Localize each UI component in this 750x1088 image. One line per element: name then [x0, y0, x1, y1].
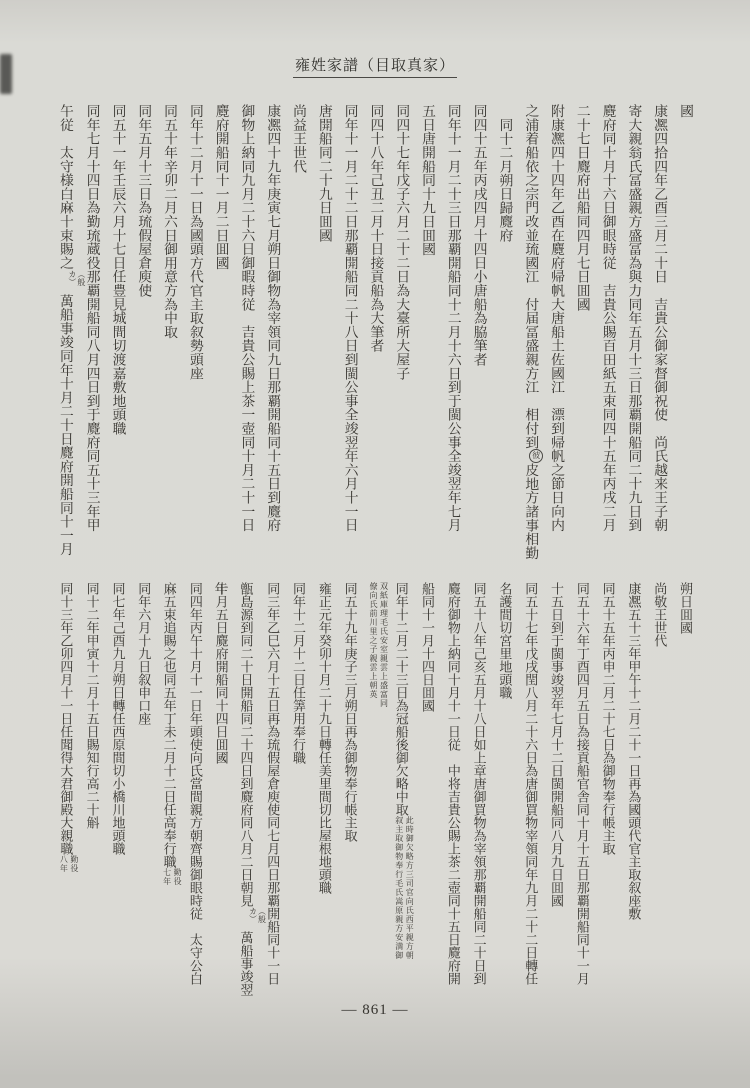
text-column: 同四年丙午十月十一日年頭使向氏當間親方朝齊賜御眼時従 太守公白 — [182, 582, 208, 996]
text-column: 附康凞四十四年乙酉在麑府帰帆大唐船土佐國江 漂到帰帆之節日向内 — [543, 104, 569, 568]
text-column: 同十三年乙卯四月十一日任聞得大君御殿大親職勤役八年 — [53, 582, 79, 996]
circled-correction: 彼 — [529, 449, 543, 463]
page-number: — 861 — — [0, 1002, 750, 1019]
inline-note: 此時御欠略方三司官向氏西平親方朝叙主取御物奉行毛氏嵩原親方安満御 — [393, 816, 414, 963]
text-column: 寄大親翁氏冨盛親方盛冨為與力同年五月十三日那覇開船同二十九日到 — [621, 104, 647, 568]
text-column: 双紙庫理毛氏安室親雲上盛富同僚向氏前川里之子親雲上朝英 — [363, 582, 389, 996]
text-column: 朔日囬國 — [672, 582, 698, 996]
text-column: 同五十九年庚子三月朔日再為御物奉行帳主取 — [337, 582, 363, 996]
text-column: 同四十七年戊子六月二十二日為大臺所大屋子 — [388, 104, 414, 568]
page-title: 雍姓家譜（目取真家） — [0, 54, 750, 78]
text-column: 同年十一月二十三日那覇開船同十二月十六日到于閩公事全竣翌年七月 — [440, 104, 466, 568]
text-column: 午従 太守様白麻十束賜之（般カ）萬船事竣同年十月二十日麑府開船同十一月 — [53, 104, 79, 568]
text-column: 同年七月十四日為勤琉蔵役那覇開船同八月四日到于麑府同五十三年甲 — [79, 104, 105, 568]
text-column: 同五十八年己亥五月十八日如上章唐御買物為宰領那覇開船同二十日到 — [466, 582, 492, 996]
text-column: 同五十五年丙申二月二十七日為御物奉行帳主取 — [595, 582, 621, 996]
text-column: 尚敬王世代 — [646, 582, 672, 996]
text-column: 麑府開船同十一月二日囬國 — [208, 104, 234, 568]
text-column: 五日唐開船同十九日囬國 — [414, 104, 440, 568]
text-column: 同五十一年壬辰六月十七日任豊見城間切渡嘉敷地頭職 — [105, 104, 131, 568]
text-column: 十月五日麑府開船同十四日囬國 — [208, 582, 234, 996]
text-column: 同五十年辛卯二月六日御用意方為中取 — [156, 104, 182, 568]
text-column: 同十二年甲寅十二月十五日賜知行高二十斛 — [79, 582, 105, 996]
text-column: 之浦着船依之宗門改並琉國江 付届冨盛親方江 相付到彼皮地方諸事相勤 — [517, 104, 543, 568]
text-column: 麻五束追賜之也同五年丁未二月十二日任高奉行職勤役七年 — [156, 582, 182, 996]
text-column: 同五十六年丁酉四月五日為接貢船官舎同十月十五日那覇開船同十一月 — [569, 582, 595, 996]
text-column: 甑島源到同二十日開船同二十四日到麑府同八月二日朝見（般カ）萬船事竣翌年 — [234, 582, 260, 996]
text-column: 唐開船同二十九日囬國 — [311, 104, 337, 568]
kana-annotation: （般カ） — [68, 270, 86, 294]
inline-note: 勤役八年 — [58, 855, 79, 875]
text-column: 同十二月朔日歸麑府 — [492, 104, 518, 582]
text-column: 同年十二月十二日任筭用奉行職 — [285, 582, 311, 996]
text-column: 同四十八年己丑二月十日接貢船為大筆者 — [363, 104, 389, 568]
text-column: 名護間切宮里地頭職 — [492, 582, 518, 996]
text-column: 同四十五年丙戌四月十四日小唐船為脇筆者 — [466, 104, 492, 568]
page-title-text: 雍姓家譜（目取真家） — [293, 54, 457, 78]
text-column: 同年六月十九日叙申口座 — [130, 582, 156, 996]
text-column: 同年十二月十一日為國頭方代官主取叙勢頭座 — [182, 104, 208, 568]
text-column: 同七年己酉九月朔日轉任西原間切小橋川地頭職 — [105, 582, 131, 996]
text-column: 康凞四十九年庚寅七月朔日御物為宰領同九日那覇開船同十五日到麑府 — [259, 104, 285, 568]
text-column: 同三年乙巳六月十五日再為琉假屋倉庾使同七月四日那覇開船同十一日 — [259, 582, 285, 996]
text-column: 同年五月十三日為琉假屋倉庾使 — [130, 104, 156, 568]
text-column: 御物上納同九月二十六日御暇時従 吉貴公賜上茶一壺同十月二十一日 — [234, 104, 260, 568]
text-column: 船同十一月十四日囬國 — [414, 582, 440, 996]
genealogy-text-block-top: 國康凞四拾四年乙酉三月二十日 吉貴公御家督御祝使 尚氏越来王子朝寄大親翁氏冨盛親… — [52, 104, 698, 568]
inline-note: 勤役七年 — [161, 868, 182, 888]
text-column: 國 — [672, 104, 698, 568]
text-column: 同年十一月二十二日那覇開船同二十八日到閩公事全竣翌年六月十一日 — [337, 104, 363, 568]
genealogy-text-block-bottom: 朔日囬國尚敬王世代康凞五十三年甲午十二月二十一日再為國頭代官主取叙座敷同五十五年… — [52, 582, 698, 996]
text-column: 麑府御物上納同十月十一日従 中将吉貴公賜上茶二壺同十五日麑府開 — [440, 582, 466, 996]
text-column: 十五日到于閩事竣翌年七月十二日閩開船同八月九日囬國 — [543, 582, 569, 996]
text-column: 康凞四拾四年乙酉三月二十日 吉貴公御家督御祝使 尚氏越来王子朝 — [646, 104, 672, 568]
kana-annotation: （般カ） — [248, 907, 266, 931]
text-column: 雍正元年癸卯十月二十九日轉任美里間切比屋根地頭職 — [311, 582, 337, 996]
text-column: 尚益王世代 — [285, 104, 311, 568]
text-column: 麑府同十月十六日御眼時従 吉貴公賜百田紙五束同四十五年丙戌二月 — [595, 104, 621, 568]
text-column: 二十七日麑府出船同四月七日囬國 — [569, 104, 595, 568]
text-column: 同年十二月二十三日為冠船後御欠略中取此時御欠略方三司官向氏西平親方朝叙主取御物奉… — [388, 582, 414, 996]
text-column: 同五十七年戊戌閏八月二十六日為唐御買物宰領同年九月二十二日轉任 — [517, 582, 543, 996]
text-column: 康凞五十三年甲午十二月二十一日再為國頭代官主取叙座敷 — [621, 582, 647, 996]
inline-note: 双紙庫理毛氏安室親雲上盛富同僚向氏前川里之子親雲上朝英 — [367, 582, 388, 711]
